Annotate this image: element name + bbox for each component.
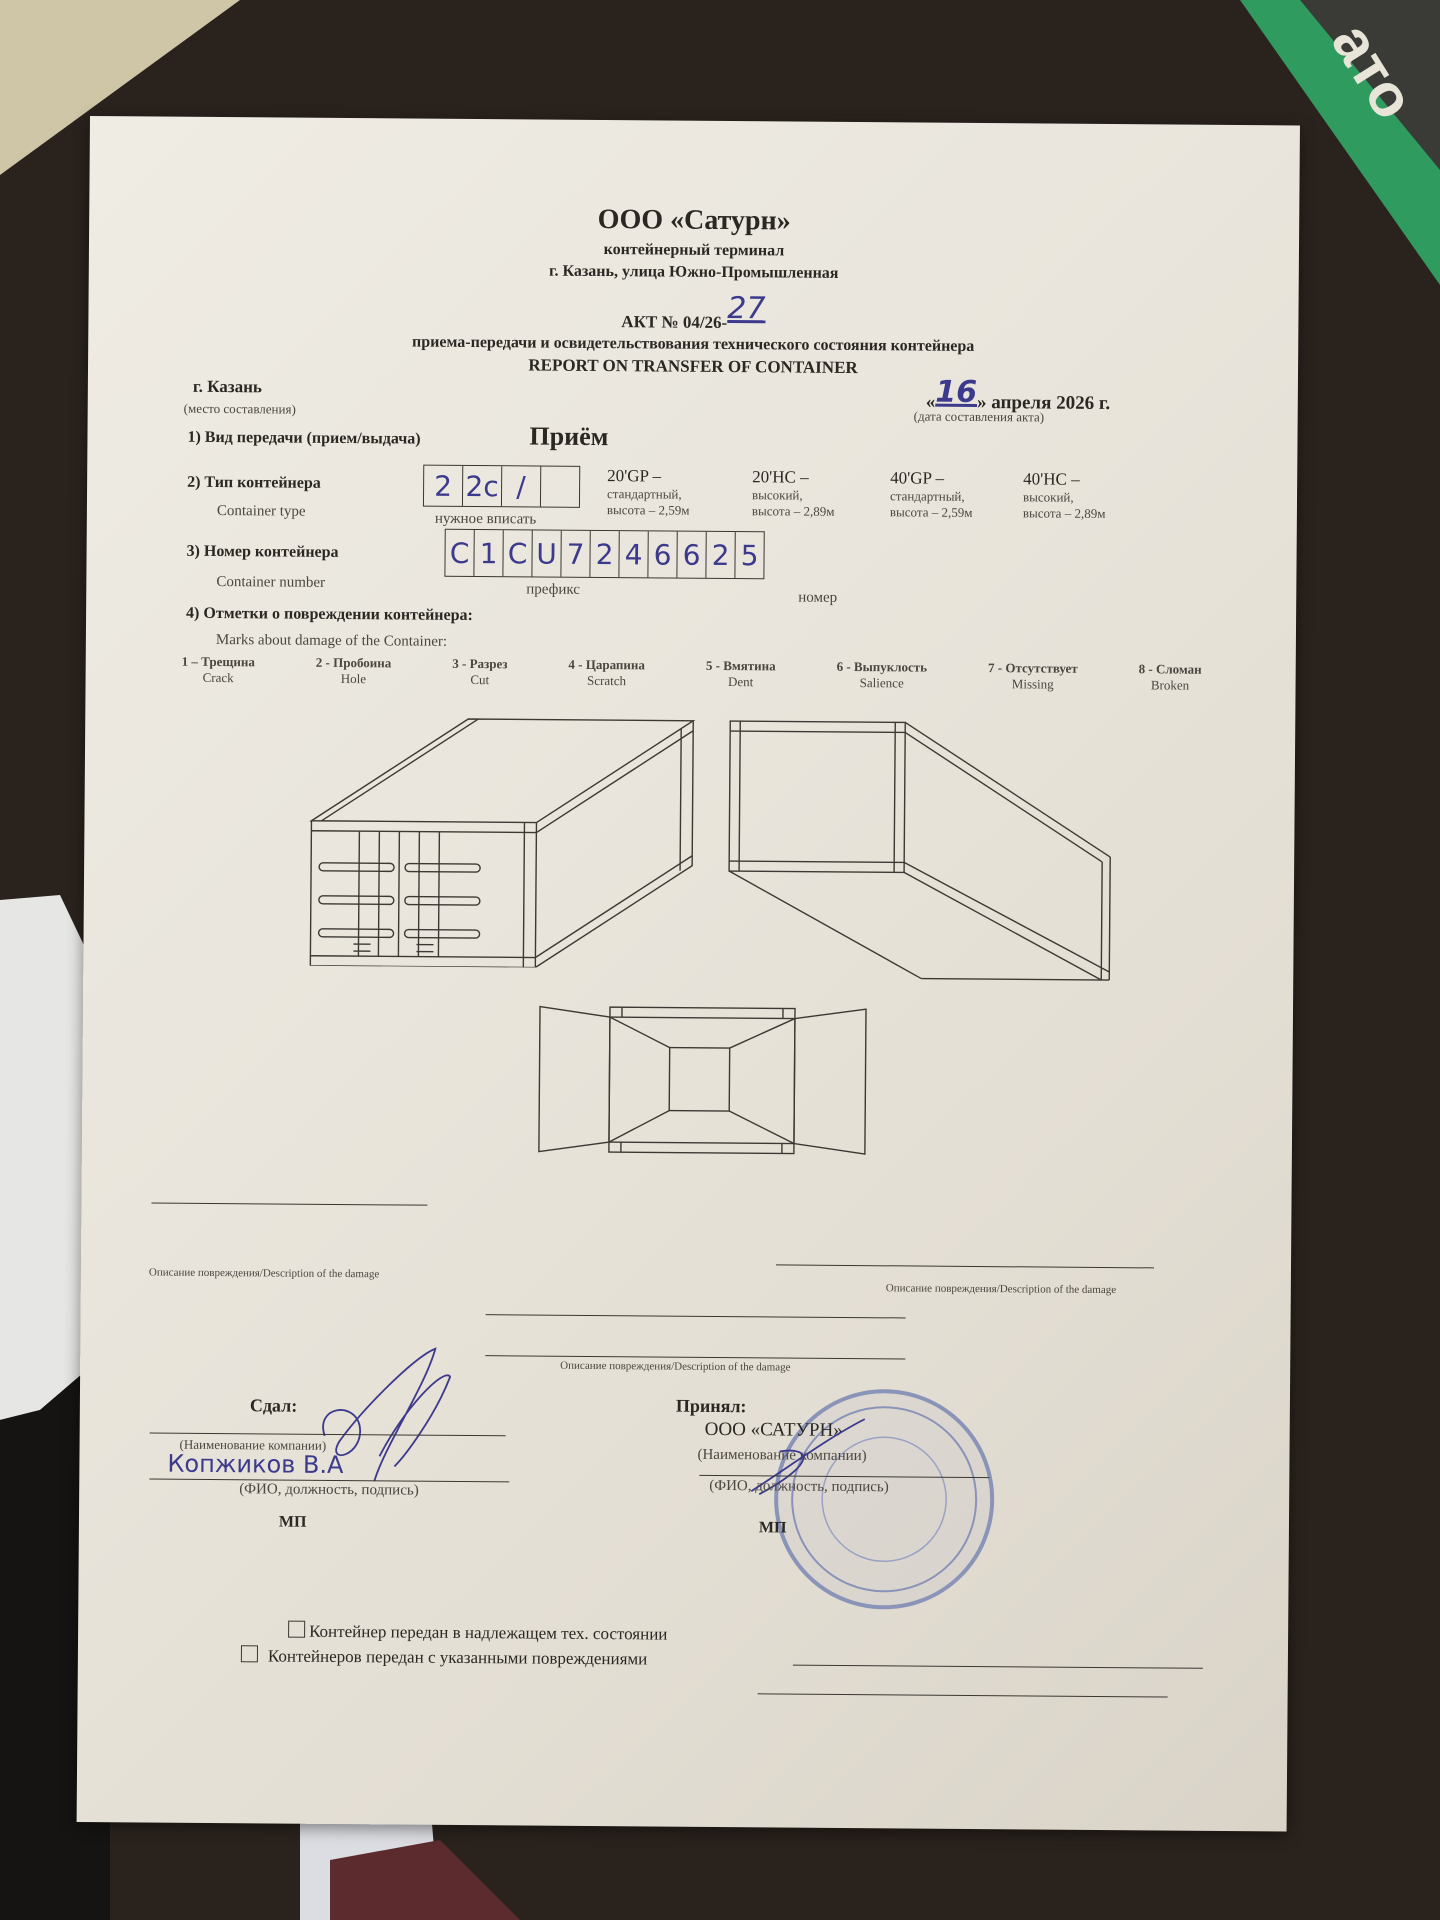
received-label: Принял: [676, 1396, 747, 1418]
number-cell[interactable]: 7 [561, 531, 590, 577]
container-type-label-en: Container type [217, 503, 306, 521]
checkbox-good-condition[interactable]: Контейнер передан в надлежащем тех. сост… [288, 1621, 668, 1645]
act-number-handwritten: 27 [727, 291, 765, 326]
type-option-40hc: 40'HC – высокий, высота – 2,89м [1023, 469, 1106, 522]
checkbox-with-damage[interactable]: Контейнеров передан с указанными поврежд… [241, 1645, 648, 1669]
type-option-20gp: 20'GP – стандартный, высота – 2,59м [607, 466, 690, 519]
damage-type-salience: 6 - ВыпуклостьSalience [836, 659, 927, 692]
damage-type-crack: 1 – ТрещинаCrack [182, 654, 255, 687]
prefix-caption: префикс [526, 581, 580, 598]
container-number-label: 3) Номер контейнера [187, 543, 339, 562]
container-type-label: 2) Тип контейнера [187, 474, 321, 493]
number-cell[interactable]: 6 [648, 531, 677, 577]
type-option-40gp: 40'GP – стандартный, высота – 2,59м [890, 468, 973, 521]
damage-type-hole: 2 - ПробоинаHole [316, 655, 392, 688]
container-diagram-end-view[interactable] [537, 1005, 868, 1158]
handed-over-person-name[interactable]: Копжиков В.А [167, 1450, 343, 1479]
damage-marks-label-en: Marks about damage of the Container: [216, 632, 447, 651]
place-value: г. Казань [193, 377, 262, 398]
number-cell[interactable]: U [532, 530, 561, 576]
place-caption: (место составления) [184, 401, 296, 418]
number-cell[interactable]: 1 [474, 530, 503, 576]
condition-remark-line-2[interactable] [758, 1693, 1168, 1697]
received-stamp-caption: МП [759, 1519, 787, 1537]
company-address: г. Казань, улица Южно-Промышленная [89, 259, 1299, 287]
damage-description-caption-3: Описание повреждения/Description of the … [560, 1360, 790, 1374]
handed-over-person-caption: (ФИО, должность, подпись) [239, 1481, 419, 1499]
number-caption: номер [798, 590, 837, 607]
transfer-type-label: 1) Вид передачи (прием/выдача) [187, 429, 420, 449]
damage-type-dent: 5 - ВмятинаDent [706, 658, 776, 691]
damage-type-missing: 7 - ОтсутствуетMissing [988, 660, 1078, 693]
number-cell[interactable]: C [445, 530, 474, 576]
damage-description-line-3[interactable] [486, 1314, 906, 1318]
damage-type-cut: 3 - РазрезCut [452, 656, 507, 688]
type-cell[interactable]: 2 [424, 466, 463, 506]
damage-marks-label: 4) Отметки о повреждении контейнера: [186, 605, 473, 625]
condition-remark-line-1[interactable] [793, 1665, 1203, 1669]
handed-over-stamp-caption: МП [279, 1514, 307, 1532]
number-cell[interactable]: 5 [735, 532, 763, 578]
container-diagram-front-view[interactable] [726, 719, 1113, 982]
damage-description-line-2[interactable] [776, 1264, 1154, 1268]
act-prefix: АКТ № 04/26- [621, 312, 727, 332]
checkbox-icon[interactable] [241, 1645, 258, 1662]
company-name: ООО «Сатурн» [89, 200, 1299, 242]
date-day-handwritten: 16 [935, 375, 977, 410]
damage-type-broken: 8 - СломанBroken [1138, 661, 1201, 693]
damage-description-caption-2: Описание повреждения/Description of the … [886, 1282, 1116, 1296]
container-transfer-report: ООО «Сатурн» контейнерный терминал г. Ка… [77, 116, 1300, 1831]
damage-type-scratch: 4 - ЦарапинаScratch [568, 657, 645, 690]
container-type-boxes[interactable]: 2 2c / [423, 465, 580, 508]
container-diagram-rear-view[interactable] [308, 716, 695, 969]
type-cell[interactable] [541, 467, 579, 507]
damage-description-caption-1: Описание повреждения/Description of the … [149, 1266, 379, 1280]
damage-description-line-1[interactable] [151, 1203, 427, 1206]
container-number-label-en: Container number [216, 574, 325, 592]
number-cell[interactable]: 2 [590, 531, 619, 577]
received-person-caption: (ФИО, должность, подпись) [709, 1478, 889, 1496]
type-cell[interactable]: 2c [463, 466, 502, 506]
number-cell[interactable]: 4 [619, 531, 648, 577]
date-caption: (дата составления акта) [914, 408, 1045, 425]
type-cell[interactable]: / [502, 466, 541, 506]
transfer-type-value: Приём [529, 421, 608, 452]
damage-description-line-4[interactable] [485, 1355, 905, 1359]
damage-legend: 1 – ТрещинаCrack 2 - ПробоинаHole 3 - Ра… [182, 654, 1202, 694]
type-option-20hc: 20'HC – высокий, высота – 2,89м [752, 467, 835, 520]
container-type-hint: нужное вписать [435, 511, 537, 529]
checkbox-icon[interactable] [288, 1621, 305, 1638]
number-cell[interactable]: C [503, 530, 532, 576]
number-cell[interactable]: 2 [706, 532, 735, 578]
container-number-boxes[interactable]: C 1 C U 7 2 4 6 6 2 5 [444, 529, 764, 580]
number-cell[interactable]: 6 [677, 532, 706, 578]
